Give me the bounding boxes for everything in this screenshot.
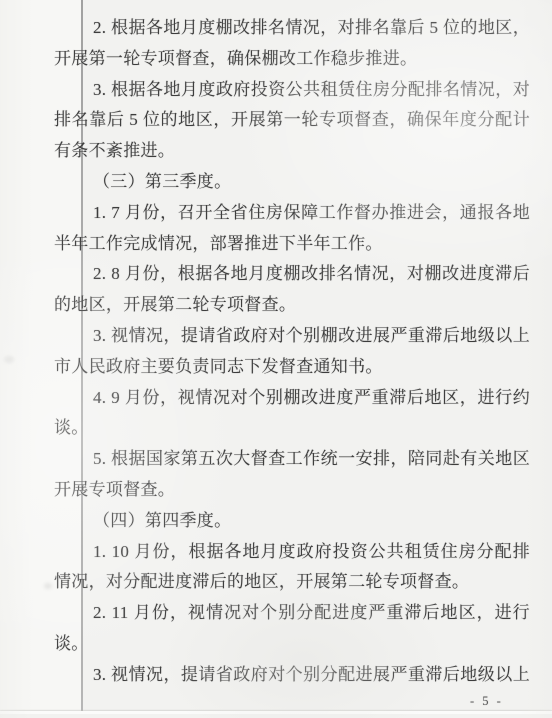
doc-line: 半年工作完成情况，部署推进下半年工作。 xyxy=(54,229,530,260)
doc-line: 排名靠后 5 位的地区，开展第一轮专项督查，确保年度分配计划 xyxy=(54,105,530,136)
doc-line: 开展专项督查。 xyxy=(54,475,530,506)
doc-line: 2. 根据各地月度棚改排名情况，对排名靠后 5 位的地区， xyxy=(54,13,530,44)
doc-line: 2. 11 月份，视情况对个别分配进度严重滞后地区，进行约 xyxy=(54,598,530,629)
doc-line: 情况，对分配进度滞后的地区，开展第二轮专项督查。 xyxy=(54,567,530,598)
doc-line: 市人民政府主要负责同志下发督查通知书。 xyxy=(54,352,530,383)
scanned-document-page: 2. 根据各地月度棚改排名情况，对排名靠后 5 位的地区， 开展第一轮专项督查，… xyxy=(0,0,552,718)
doc-line: 开展第一轮专项督查，确保棚改工作稳步推进。 xyxy=(54,44,530,75)
doc-line: 3. 根据各地月度政府投资公共租赁住房分配排名情况，对 xyxy=(54,75,530,106)
page-number: - 5 - xyxy=(470,694,503,709)
doc-line: 4. 9 月份，视情况对个别棚改进度严重滞后地区，进行约 xyxy=(54,383,530,414)
doc-section-heading: （三）第三季度。 xyxy=(54,167,530,198)
doc-line: 3. 视情况，提请省政府对个别棚改进展严重滞后地级以上 xyxy=(54,321,530,352)
doc-section-heading: （四）第四季度。 xyxy=(54,506,530,537)
doc-line: 2. 8 月份，根据各地月度棚改排名情况，对棚改进度滞后 xyxy=(54,259,530,290)
doc-line: 1. 7 月份，召开全省住房保障工作督办推进会，通报各地 xyxy=(54,198,530,229)
scan-smudge xyxy=(44,583,52,589)
page-bottom-edge xyxy=(0,711,552,714)
doc-line: 3. 视情况，提请省政府对个别分配进展严重滞后地级以上 xyxy=(54,660,530,691)
doc-line: 谈。 xyxy=(54,629,530,660)
doc-line: 5. 根据国家第五次大督查工作统一安排，陪同赴有关地区 xyxy=(54,444,530,475)
scan-smudge xyxy=(4,356,14,363)
doc-line: 的地区，开展第二轮专项督查。 xyxy=(54,290,530,321)
doc-line: 有条不紊推进。 xyxy=(54,136,530,167)
doc-line: 谈。 xyxy=(54,413,530,444)
document-body-text: 2. 根据各地月度棚改排名情况，对排名靠后 5 位的地区， 开展第一轮专项督查，… xyxy=(54,13,530,691)
doc-line: 1. 10 月份，根据各地月度政府投资公共租赁住房分配排名 xyxy=(54,537,530,568)
